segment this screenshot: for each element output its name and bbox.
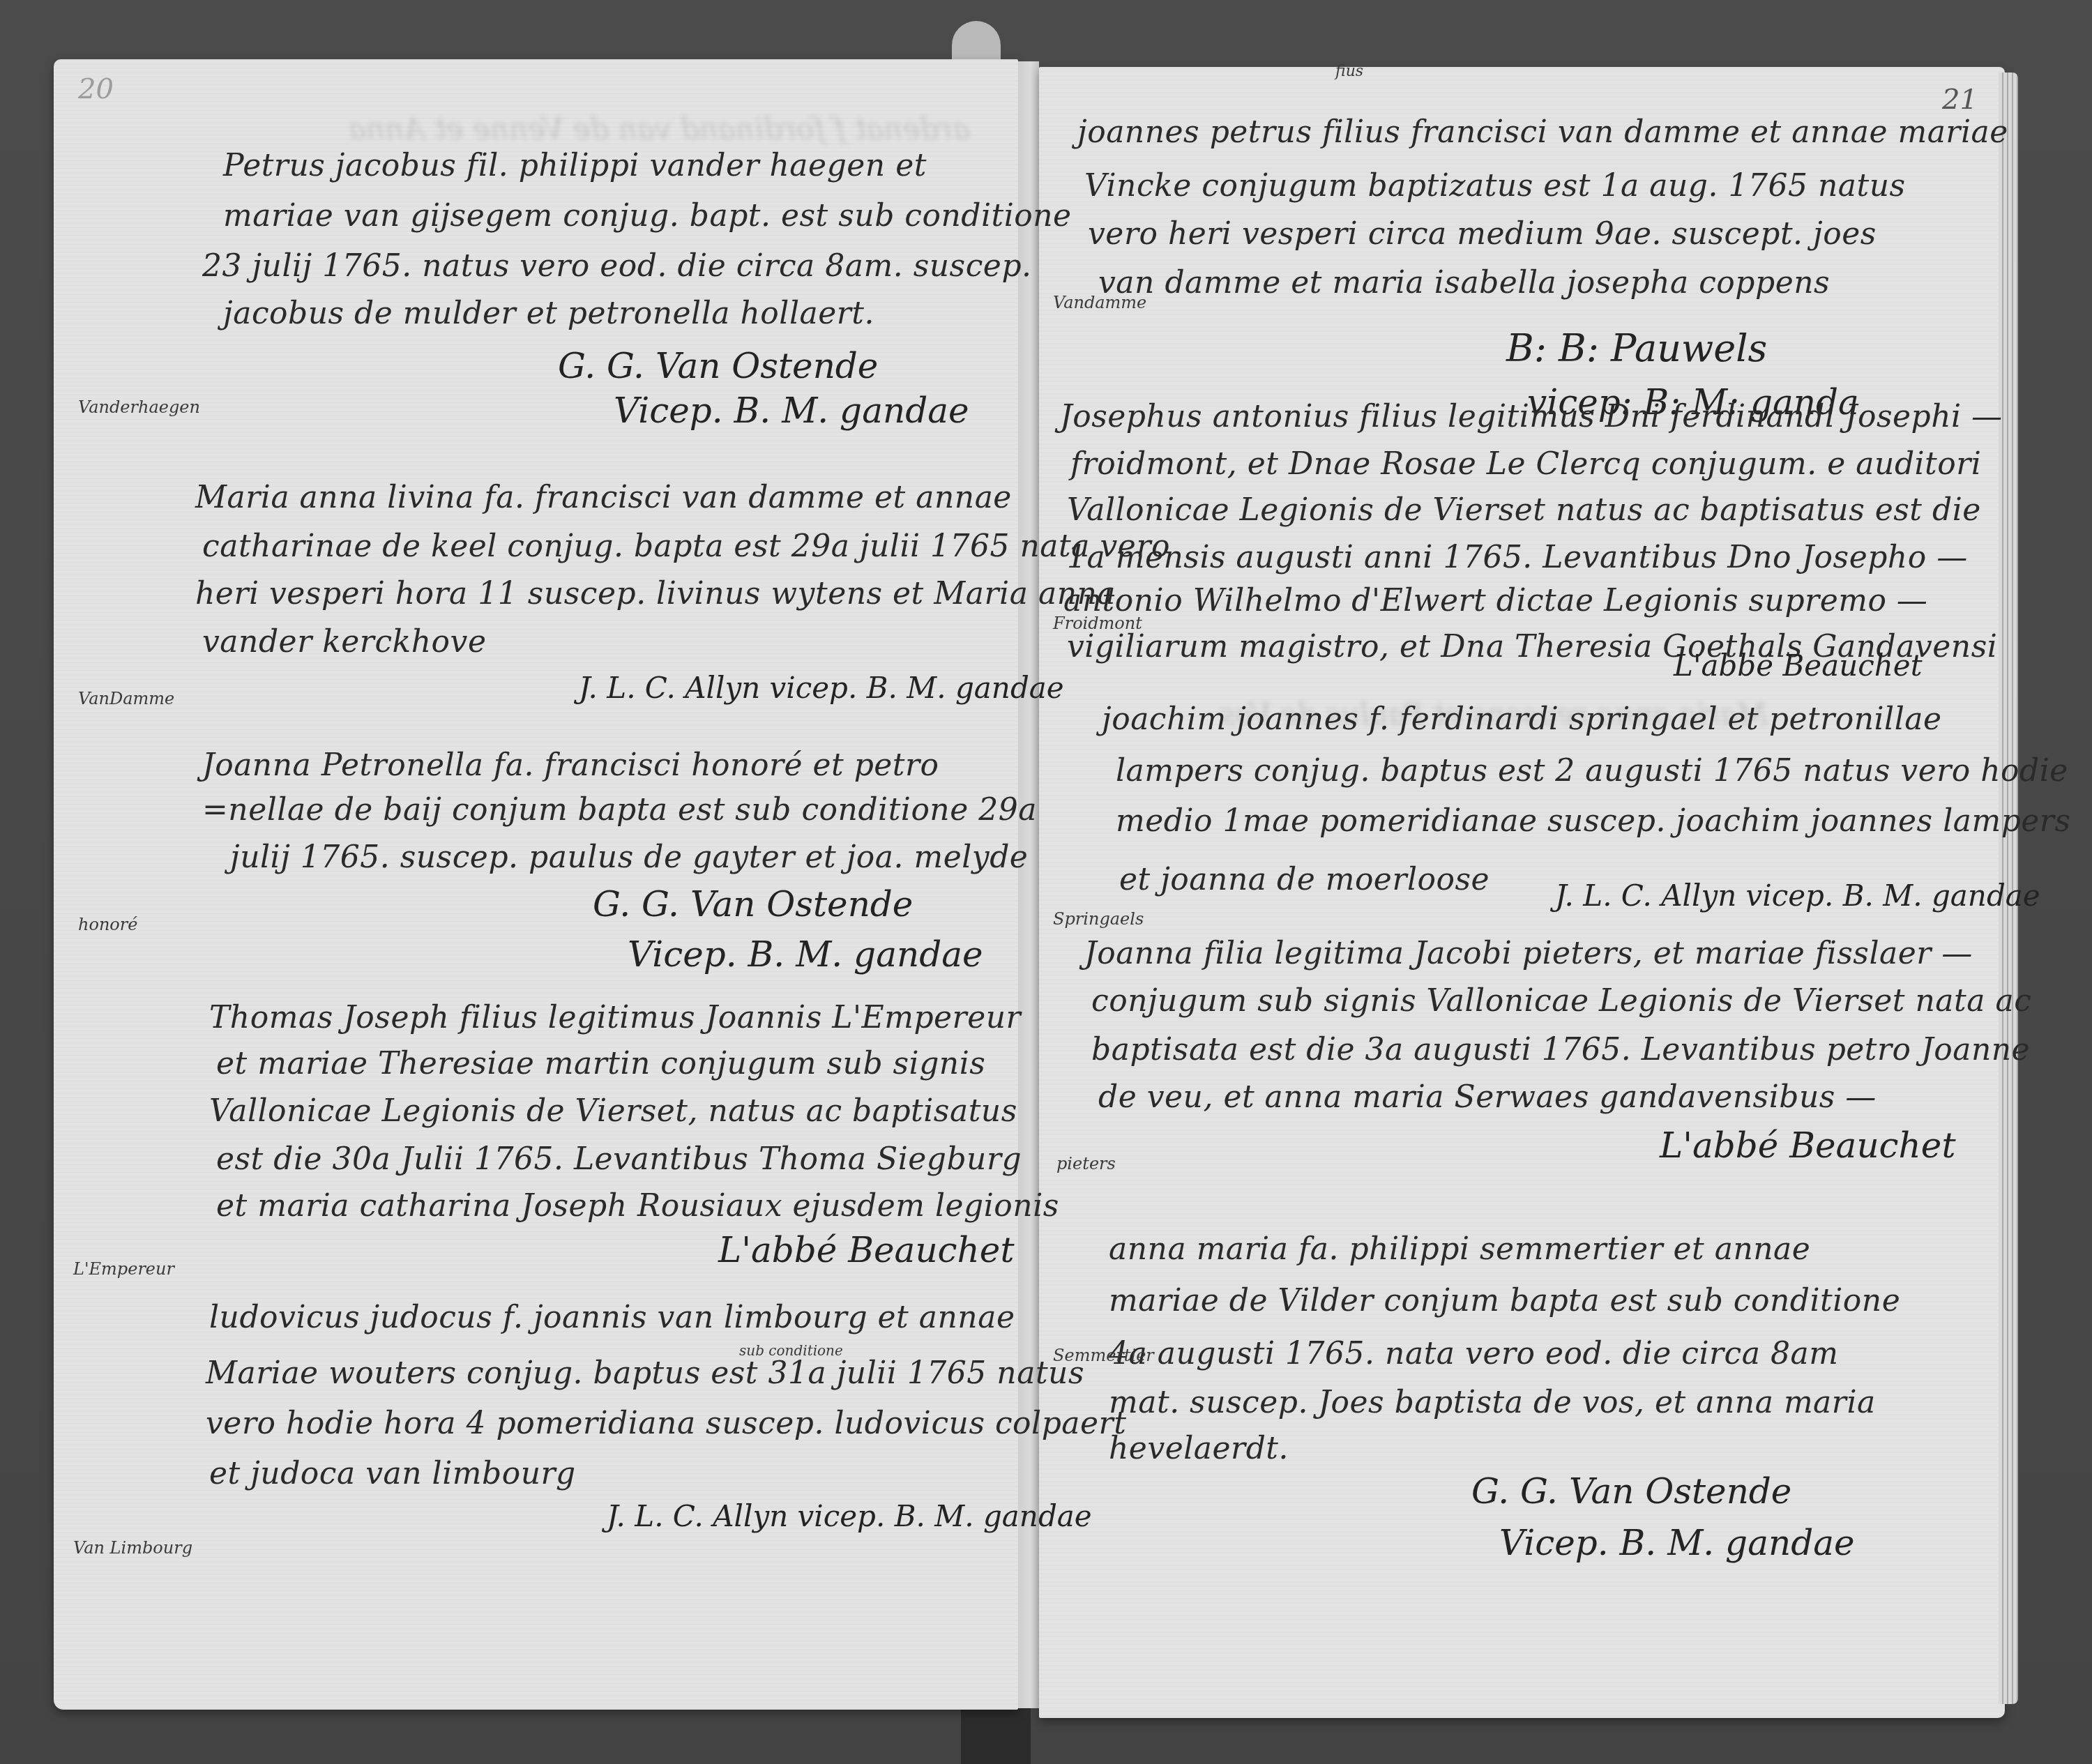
margin-surname: VanDamme	[78, 689, 174, 708]
entry-line: jacobus de mulder et petronella hollaert…	[223, 296, 874, 331]
entry-line: Mariae wouters conjug. baptus est 31a ju…	[206, 1355, 1084, 1391]
entry-line: julij 1765. suscep. paulus de gayter et …	[230, 839, 1028, 875]
entry-line: et maria catharina Joseph Rousiaux ejusd…	[216, 1188, 1059, 1224]
signature: J. L. C. Allyn vicep. B. M. gandae	[1555, 879, 2040, 913]
entry-line: mariae van gijsegem conjug. bapt. est su…	[223, 198, 1072, 234]
page-number-left: 20	[78, 73, 114, 105]
margin-surname: pieters	[1056, 1154, 1116, 1173]
entry-line: Joanna Petronella fa. francisci honoré e…	[202, 747, 939, 783]
entry-line: ludovicus judocus f. joannis van limbour…	[209, 1300, 1015, 1335]
entry-line: 23 julij 1765. natus vero eod. die circa…	[202, 248, 1032, 284]
entry-line: Josephus antonius filius legitimus Dni f…	[1060, 399, 2003, 434]
signature: Vicep. B. M. gandae	[1499, 1523, 1855, 1563]
interlinear-note: fius	[1335, 63, 1363, 80]
entry-line: Petrus jacobus fil. philippi vander haeg…	[223, 148, 927, 183]
entry-line: mat. suscep. Joes baptista de vos, et an…	[1109, 1385, 1876, 1420]
entry-line: et judoca van limbourg	[209, 1456, 576, 1491]
entry-line: joachim joannes f. ferdinardi springael …	[1102, 701, 1942, 737]
entry-line: et joanna de moerloose	[1119, 862, 1490, 897]
entry-line: Vallonicae Legionis de Vierset, natus ac…	[209, 1093, 1017, 1129]
entry-line: 4a augusti 1765. nata vero eod. die circ…	[1109, 1336, 1838, 1371]
entry-line: Vallonicae Legionis de Vierset natus ac …	[1067, 492, 1981, 528]
margin-surname: Froidmont	[1053, 614, 1142, 633]
signature: G. G. Van Ostende	[1471, 1471, 1791, 1512]
bleed-through-text: ardenat f fordinand van de Venne et Anna	[349, 112, 970, 146]
margin-surname: Vanderhaegen	[78, 397, 200, 417]
entry-line: medio 1mae pomeridianae suscep. joachim …	[1116, 803, 2070, 839]
entry-line: van damme et maria isabella josepha copp…	[1098, 265, 1830, 301]
entry-line: Thomas Joseph filius legitimus Joannis L…	[209, 1000, 1021, 1035]
entry-line: vander kerckhove	[202, 624, 486, 660]
entry-line: Vincke conjugum baptizatus est 1a aug. 1…	[1084, 168, 1906, 204]
book-gutter	[1018, 61, 1039, 1708]
signature: Vicep. B. M. gandae	[628, 934, 983, 975]
signature: J. L. C. Allyn vicep. B. M. gandae	[579, 671, 1064, 705]
entry-line: joannes petrus filius francisci van damm…	[1077, 114, 2008, 150]
entry-line: mariae de Vilder conjum bapta est sub co…	[1109, 1283, 1900, 1318]
entry-line: lampers conjug. baptus est 2 augusti 176…	[1116, 753, 2068, 789]
entry-line: et mariae Theresiae martin conjugum sub …	[216, 1046, 985, 1081]
entry-line: vero hodie hora 4 pomeridiana suscep. lu…	[206, 1406, 1126, 1441]
entry-line: baptisata est die 3a augusti 1765. Levan…	[1091, 1032, 2030, 1067]
entry-line: hevelaerdt.	[1109, 1431, 1289, 1466]
margin-surname: honoré	[78, 915, 138, 934]
signature: J. L. C. Allyn vicep. B. M. gandae	[607, 1499, 1092, 1533]
page-number-right: 21	[1942, 84, 1978, 116]
signature: Vicep. B. M. gandae	[614, 390, 969, 431]
entry-line: conjugum sub signis Vallonicae Legionis …	[1091, 983, 2031, 1019]
signature: L'abbé Beauchet	[718, 1230, 1015, 1270]
margin-surname: Springaels	[1053, 909, 1144, 929]
entry-line: =nellae de baij conjum bapta est sub con…	[202, 792, 1037, 828]
signature: G. G. Van Ostende	[593, 884, 913, 925]
signature: B: B: Pauwels	[1506, 326, 1767, 370]
signature: L'abbé Beauchet	[1674, 648, 1923, 683]
margin-surname: Semmertier	[1053, 1346, 1154, 1365]
entry-line: heri vesperi hora 11 suscep. livinus wyt…	[195, 576, 1116, 611]
margin-surname: Van Limbourg	[73, 1538, 192, 1558]
entry-line: froidmont, et Dnae Rosae Le Clercq conju…	[1070, 446, 1981, 482]
signature: G. G. Van Ostende	[558, 346, 878, 386]
entry-line: antonio Wilhelmo d'Elwert dictae Legioni…	[1063, 583, 1927, 618]
entry-line: 1a mensis augusti anni 1765. Levantibus …	[1067, 540, 1968, 575]
entry-line: vero heri vesperi circa medium 9ae. susc…	[1088, 216, 1877, 252]
margin-surname: Vandamme	[1053, 293, 1146, 312]
margin-surname: L'Empereur	[73, 1259, 174, 1279]
entry-line: catharinae de keel conjug. bapta est 29a…	[202, 529, 1170, 564]
entry-line: est die 30a Julii 1765. Levantibus Thoma…	[216, 1141, 1022, 1177]
entry-line: anna maria fa. philippi semmertier et an…	[1109, 1231, 1810, 1267]
signature: L'abbé Beauchet	[1660, 1125, 1956, 1166]
entry-line: Maria anna livina fa. francisci van damm…	[195, 480, 1012, 515]
entry-line: de veu, et anna maria Serwaes gandavensi…	[1098, 1079, 1877, 1115]
entry-line: Joanna filia legitima Jacobi pieters, et…	[1084, 936, 1973, 971]
